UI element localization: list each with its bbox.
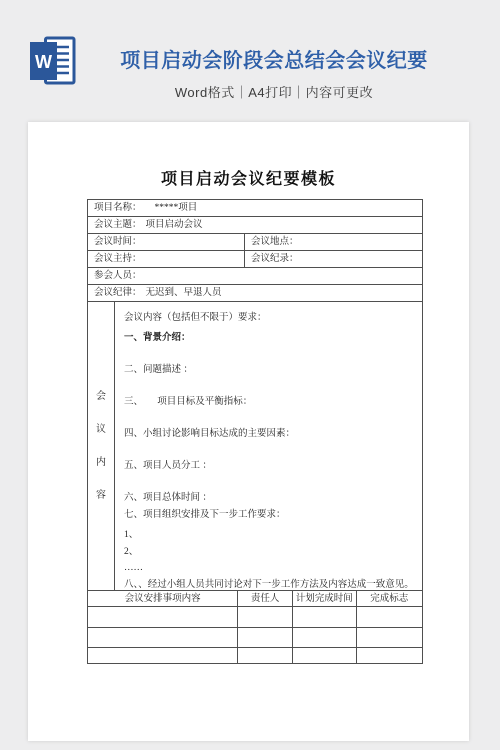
- content-line: ……: [124, 562, 414, 574]
- topic-value: 项目启动会议: [146, 219, 203, 231]
- content-line: 1、: [124, 529, 414, 541]
- header-text-block: 项目启动会阶段会总结会会议纪要 Word格式｜A4打印｜内容可更改: [48, 44, 500, 101]
- schedule-row: [88, 648, 422, 663]
- schedule-header-row: 会议安排事项内容 责任人 计划完成时间 完成标志: [88, 591, 422, 607]
- schedule-cell: [357, 648, 422, 663]
- schedule-row: [88, 607, 422, 628]
- meeting-host-cell: 会议主持：: [88, 251, 245, 267]
- schedule-cell: [88, 628, 238, 647]
- discipline-label: 会议纪律：: [94, 287, 142, 299]
- content-line: 一、背景介绍：: [124, 332, 414, 344]
- project-name-value: *****项目: [155, 202, 198, 214]
- content-line: 二、问题描述 ：: [124, 364, 414, 376]
- schedule-cell: [293, 648, 356, 663]
- meeting-minutes-table: 项目名称： *****项目 会议主题： 项目启动会议 会议时间： 会议地点： 会…: [87, 199, 423, 664]
- table-row-meeting-content: 会 议 内 容 会议内容（包括但不限于）要求： 一、背景介绍： 二、问题描述 ：…: [88, 302, 422, 591]
- content-line: 四、小组讨论影响目标达成的主要因素：: [124, 428, 414, 440]
- meeting-content-cell: 会议内容（包括但不限于）要求： 一、背景介绍： 二、问题描述 ： 三、 项目目标…: [115, 302, 422, 590]
- table-row-discipline: 会议纪律： 无迟到、早退人员: [88, 285, 422, 302]
- content-line: 三、 项目目标及平衡指标：: [124, 396, 414, 408]
- document-title: 项目启动会议纪要模板: [28, 166, 469, 189]
- schedule-header-done-mark: 完成标志: [357, 591, 422, 606]
- attendees-label: 参会人员：: [94, 270, 142, 282]
- content-line: 八、、经过小组人员共同讨论对下一步工作方法及内容达成一致意见。: [124, 579, 414, 591]
- content-line: 六、项目总体时间 ：: [124, 492, 414, 504]
- schedule-cell: [293, 628, 356, 647]
- meeting-location-cell: 会议地点：: [245, 234, 422, 250]
- table-row-project-name: 项目名称： *****项目: [88, 200, 422, 217]
- schedule-cell: [238, 607, 293, 627]
- table-row-attendees: 参会人员：: [88, 268, 422, 285]
- side-label-char: 会: [96, 391, 106, 403]
- document-page-preview: 项目启动会议纪要模板 项目名称： *****项目 会议主题： 项目启动会议 会议…: [28, 122, 469, 741]
- schedule-cell: [357, 628, 422, 647]
- schedule-header-deadline: 计划完成时间: [293, 591, 356, 606]
- schedule-cell: [238, 648, 293, 663]
- content-line: 七、项目组织安排及下一步工作要求：: [124, 509, 414, 521]
- schedule-row: [88, 628, 422, 648]
- template-preview-page: { "page": { "background": "#ededee", "ac…: [0, 0, 500, 750]
- schedule-header-content: 会议安排事项内容: [88, 591, 238, 606]
- table-row-time-location: 会议时间： 会议地点：: [88, 234, 422, 251]
- content-line: 2、: [124, 546, 414, 558]
- side-label-char: 议: [96, 424, 106, 436]
- schedule-cell: [88, 607, 238, 627]
- meeting-content-vertical-label: 会 议 内 容: [88, 302, 115, 590]
- meeting-recorder-cell: 会议纪录：: [245, 251, 422, 267]
- meeting-time-cell: 会议时间：: [88, 234, 245, 250]
- discipline-value: 无迟到、早退人员: [146, 287, 222, 299]
- table-row-topic: 会议主题： 项目启动会议: [88, 217, 422, 234]
- side-label-char: 容: [96, 490, 106, 502]
- schedule-cell: [238, 628, 293, 647]
- schedule-cell: [88, 648, 238, 663]
- content-line: 会议内容（包括但不限于）要求：: [124, 312, 414, 324]
- schedule-cell: [357, 607, 422, 627]
- table-row-host-recorder: 会议主持： 会议纪录：: [88, 251, 422, 268]
- content-line: 五、项目人员分工 ：: [124, 460, 414, 472]
- page-title: 项目启动会阶段会总结会会议纪要: [48, 44, 500, 73]
- topic-label: 会议主题：: [94, 219, 142, 231]
- side-label-char: 内: [96, 457, 106, 469]
- page-subtitle: Word格式｜A4打印｜内容可更改: [48, 82, 500, 101]
- schedule-cell: [293, 607, 356, 627]
- project-name-label: 项目名称：: [94, 202, 142, 214]
- schedule-header-owner: 责任人: [238, 591, 293, 606]
